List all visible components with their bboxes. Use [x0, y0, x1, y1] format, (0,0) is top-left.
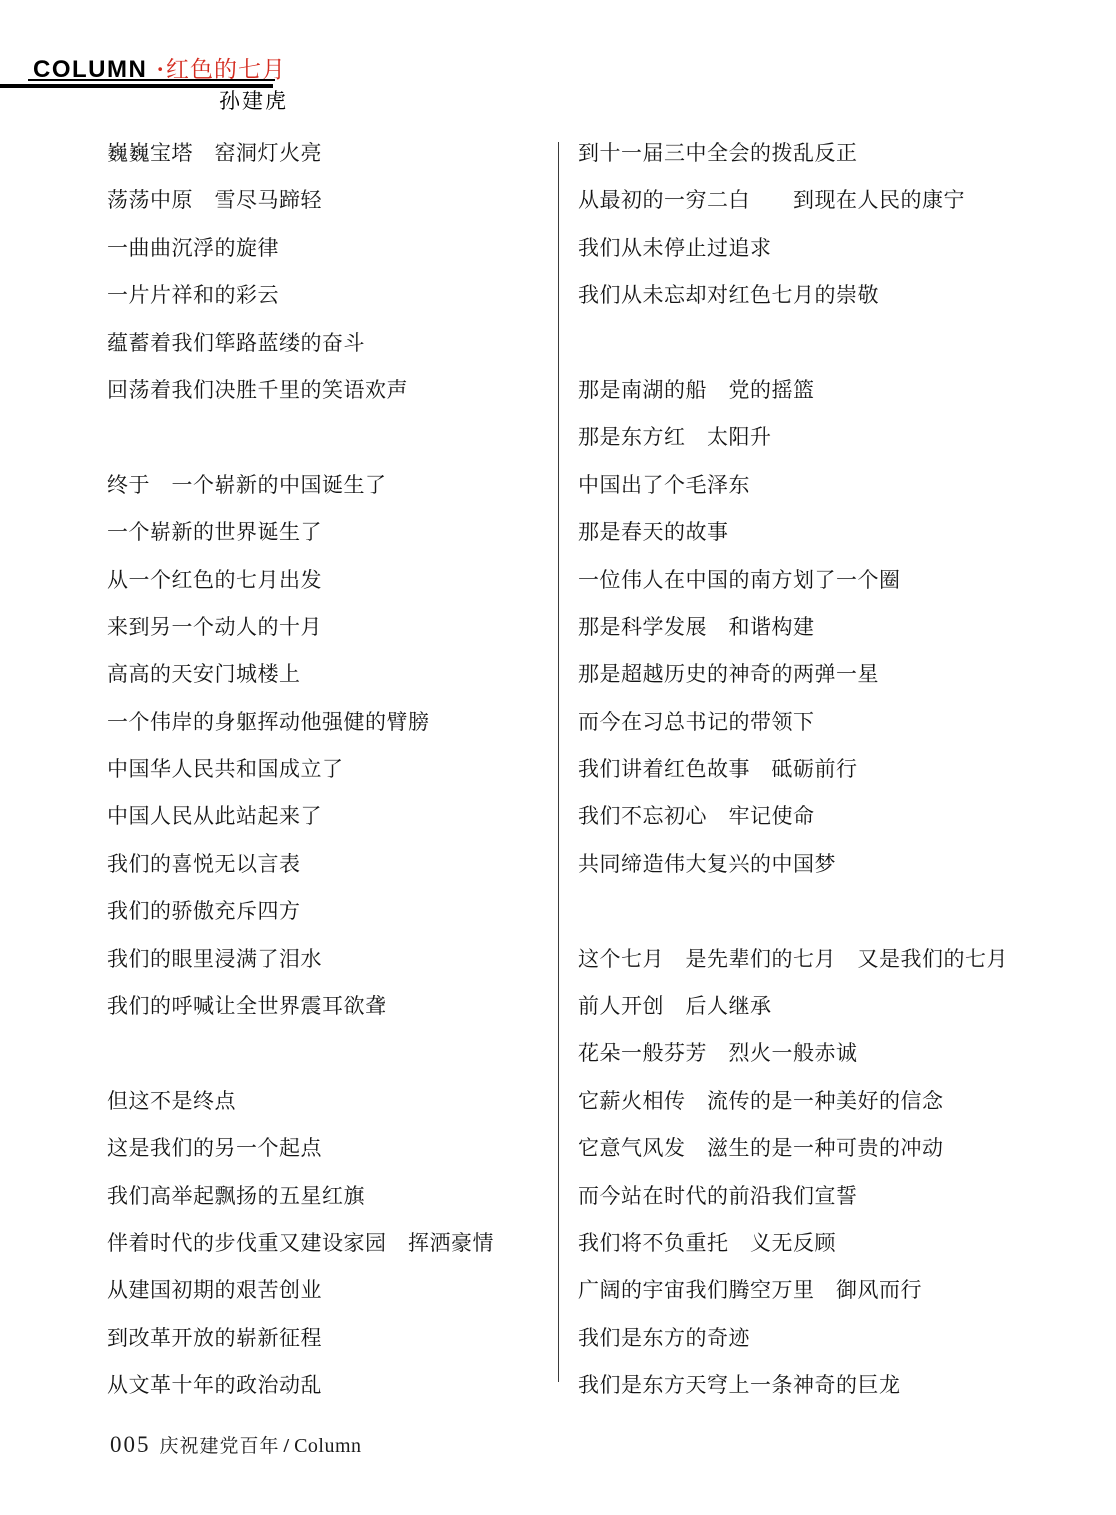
poem-line: 我们的骄傲充斥四方	[107, 888, 547, 935]
poem-line: 它薪火相传 流传的是一种美好的信念	[578, 1078, 1098, 1125]
poem-line: 一片片祥和的彩云	[107, 272, 547, 319]
poem-blank-line	[107, 414, 547, 461]
poem-line: 从最初的一穷二白 到现在人民的康宁	[578, 177, 1098, 224]
poem-line: 而今站在时代的前沿我们宣誓	[578, 1173, 1098, 1220]
poem-line: 来到另一个动人的十月	[107, 604, 547, 651]
poem-line: 巍巍宝塔 窑洞灯火亮	[107, 130, 547, 177]
poem-line: 一位伟人在中国的南方划了一个圈	[578, 557, 1098, 604]
poem-column-left: 巍巍宝塔 窑洞灯火亮荡荡中原 雪尽马蹄轻一曲曲沉浮的旋律一片片祥和的彩云蕴蓄着我…	[107, 130, 547, 1410]
poem-line: 到改革开放的崭新征程	[107, 1315, 547, 1362]
poem-line: 高高的天安门城楼上	[107, 651, 547, 698]
poem-line: 这个七月 是先辈们的七月 又是我们的七月	[578, 936, 1098, 983]
poem-line: 我们从未忘却对红色七月的崇敬	[578, 272, 1098, 319]
poem-line: 那是科学发展 和谐构建	[578, 604, 1098, 651]
poem-blank-line	[578, 888, 1098, 935]
poem-line: 中国出了个毛泽东	[578, 462, 1098, 509]
poem-line: 那是春天的故事	[578, 509, 1098, 556]
page-number: 005	[110, 1432, 151, 1457]
poem-line: 我们高举起飘扬的五星红旗	[107, 1173, 547, 1220]
poem-line: 我们的呼喊让全世界震耳欲聋	[107, 983, 547, 1030]
poem-line: 而今在习总书记的带领下	[578, 699, 1098, 746]
header-rule-thin	[28, 79, 275, 81]
footer-section-label: Column	[294, 1435, 361, 1457]
poem-line: 广阔的宇宙我们腾空万里 御风而行	[578, 1267, 1098, 1314]
column-divider-line	[558, 142, 559, 1382]
poem-line: 一个崭新的世界诞生了	[107, 509, 547, 556]
poem-line: 伴着时代的步伐重又建设家园 挥洒豪情	[107, 1220, 547, 1267]
poem-line: 我们的眼里浸满了泪水	[107, 936, 547, 983]
poem-line: 它意气风发 滋生的是一种可贵的冲动	[578, 1125, 1098, 1172]
magazine-page: COLUMN·红色的七月 孙建虎 巍巍宝塔 窑洞灯火亮荡荡中原 雪尽马蹄轻一曲曲…	[0, 0, 1116, 1515]
poem-line: 到十一届三中全会的拨乱反正	[578, 130, 1098, 177]
footer-slash: /	[284, 1435, 290, 1457]
poem-blank-line	[578, 320, 1098, 367]
poem-line: 我们讲着红色故事 砥砺前行	[578, 746, 1098, 793]
footer-caption: 庆祝建党百年	[160, 1436, 280, 1457]
poem-line: 中国华人民共和国成立了	[107, 746, 547, 793]
author-name: 孙建虎	[219, 85, 288, 115]
poem-line: 从一个红色的七月出发	[107, 557, 547, 604]
poem-line: 那是东方红 太阳升	[578, 414, 1098, 461]
poem-line: 一曲曲沉浮的旋律	[107, 225, 547, 272]
page-footer: 005庆祝建党百年/Column	[110, 1431, 362, 1458]
poem-line: 这是我们的另一个起点	[107, 1125, 547, 1172]
poem-column-right: 到十一届三中全会的拨乱反正从最初的一穷二白 到现在人民的康宁我们从未停止过追求我…	[578, 130, 1098, 1410]
poem-line: 我们将不负重托 义无反顾	[578, 1220, 1098, 1267]
poem-line: 共同缔造伟大复兴的中国梦	[578, 841, 1098, 888]
poem-line: 那是超越历史的神奇的两弹一星	[578, 651, 1098, 698]
poem-line: 花朵一般芬芳 烈火一般赤诚	[578, 1030, 1098, 1077]
poem-line: 我们从未停止过追求	[578, 225, 1098, 272]
poem-line: 蕴蓄着我们筚路蓝缕的奋斗	[107, 320, 547, 367]
poem-line: 回荡着我们决胜千里的笑语欢声	[107, 367, 547, 414]
poem-line: 终于 一个崭新的中国诞生了	[107, 462, 547, 509]
poem-line: 但这不是终点	[107, 1078, 547, 1125]
poem-line: 中国人民从此站起来了	[107, 793, 547, 840]
poem-line: 那是南湖的船 党的摇篮	[578, 367, 1098, 414]
poem-line: 我们的喜悦无以言表	[107, 841, 547, 888]
poem-line: 从建国初期的艰苦创业	[107, 1267, 547, 1314]
poem-blank-line	[107, 1030, 547, 1077]
poem-line: 我们是东方的奇迹	[578, 1315, 1098, 1362]
poem-line: 前人开创 后人继承	[578, 983, 1098, 1030]
poem-line: 我们不忘初心 牢记使命	[578, 793, 1098, 840]
poem-line: 荡荡中原 雪尽马蹄轻	[107, 177, 547, 224]
poem-line: 我们是东方天穹上一条神奇的巨龙	[578, 1362, 1098, 1409]
poem-line: 从文革十年的政治动乱	[107, 1362, 547, 1409]
poem-line: 一个伟岸的身躯挥动他强健的臂膀	[107, 699, 547, 746]
